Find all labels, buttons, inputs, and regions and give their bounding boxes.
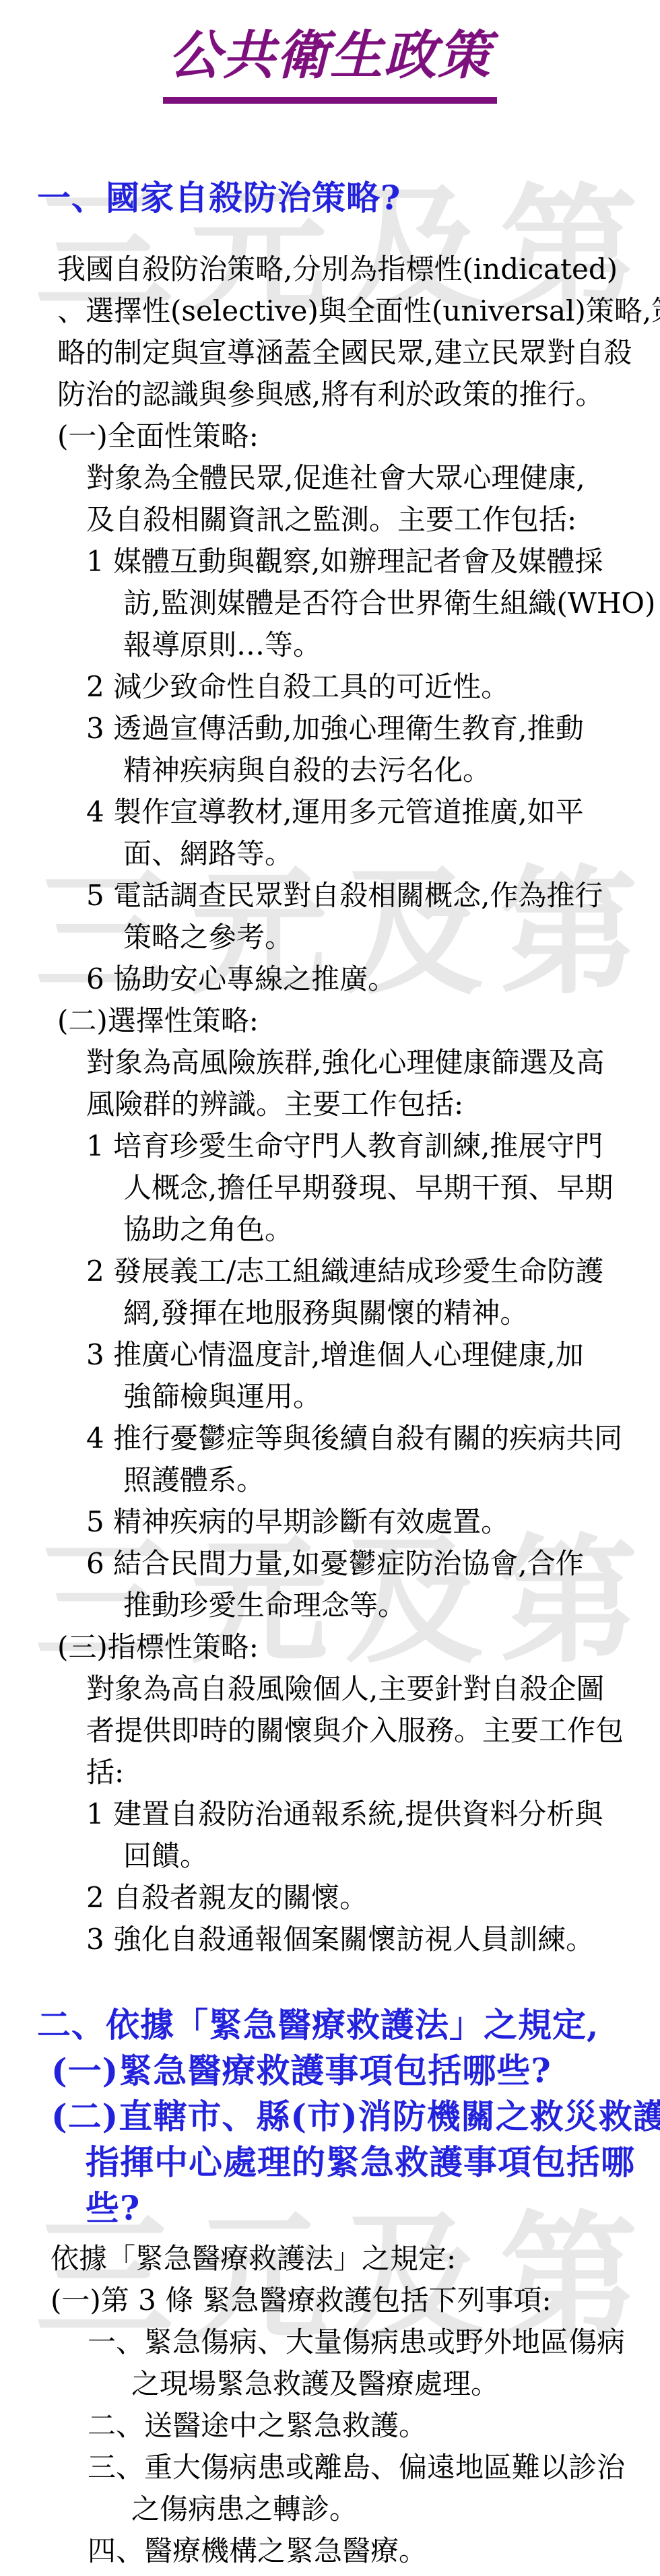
body-line: 照護體系。 — [0, 1459, 660, 1501]
body-line: 防治的認識與參與感,將有利於政策的推行。 — [0, 374, 660, 416]
document-content: 公共衛生政策 一、國家自殺防治策略? 我國自殺防治策略,分別為指標性(indic… — [0, 0, 660, 2572]
body-line: 2 發展義工/志工組織連結成珍愛生命防護 — [0, 1251, 660, 1292]
body-line: 之傷病患之轉診。 — [0, 2488, 660, 2530]
page-title: 公共衛生政策 — [163, 24, 497, 104]
body-line: 一、緊急傷病、大量傷病患或野外地區傷病 — [0, 2321, 660, 2363]
body-line: 1 培育珍愛生命守門人教育訓練,推展守門 — [0, 1125, 660, 1167]
body-line: (一)第 3 條 緊急醫療救護包括下列事項: — [0, 2280, 660, 2321]
section-2-heading: 二、依據「緊急醫療救護法」之規定,(一)緊急醫療救護事項包括哪些?(二)直轄市、… — [0, 2002, 660, 2231]
body-line: 者提供即時的關懷與介入服務。主要工作包 — [0, 1710, 660, 1752]
body-line: 1 媒體互動與觀察,如辦理記者會及媒體採 — [0, 541, 660, 583]
body-line: 6 協助安心專線之推廣。 — [0, 958, 660, 1000]
body-line: 對象為全體民眾,促進社會大眾心理健康, — [0, 457, 660, 499]
body-line: 4 推行憂鬱症等與後續自殺有關的疾病共同 — [0, 1418, 660, 1459]
body-line: 5 電話調查民眾對自殺相關概念,作為推行 — [0, 875, 660, 917]
title-block: 公共衛生政策 — [0, 0, 660, 104]
body-line: 面、網路等。 — [0, 833, 660, 875]
body-line: 回饋。 — [0, 1835, 660, 1877]
body-line: 5 精神疾病的早期診斷有效處置。 — [0, 1501, 660, 1543]
section-2-heading-line: (一)緊急醫療救護事項包括哪些? — [0, 2048, 660, 2094]
body-line: 6 結合民間力量,如憂鬱症防治協會,合作 — [0, 1543, 660, 1585]
body-line: 風險群的辨識。主要工作包括: — [0, 1084, 660, 1125]
body-line: 四、醫療機構之緊急醫療。 — [0, 2530, 660, 2572]
body-line: 網,發揮在地服務與關懷的精神。 — [0, 1292, 660, 1334]
body-line: 對象為高風險族群,強化心理健康篩選及高 — [0, 1042, 660, 1084]
section-2-heading-line: 些? — [0, 2185, 660, 2231]
body-line: 3 透過宣傳活動,加強心理衛生教育,推動 — [0, 708, 660, 750]
body-line: 3 推廣心情溫度計,增進個人心理健康,加 — [0, 1334, 660, 1376]
body-line: 對象為高自殺風險個人,主要針對自殺企圖 — [0, 1668, 660, 1710]
section-2-heading-line: 指揮中心處理的緊急救護事項包括哪 — [0, 2140, 660, 2185]
body-line: 略的制定與宣導涵蓋全國民眾,建立民眾對自殺 — [0, 332, 660, 374]
document-page: 三元及第 三元及第 三元及第 三元及第 公共衛生政策 一、國家自殺防治策略? 我… — [0, 0, 660, 2576]
body-line: 強篩檢與運用。 — [0, 1376, 660, 1418]
body-line: 之現場緊急救護及醫療處理。 — [0, 2363, 660, 2405]
body-line: (二)選擇性策略: — [0, 1000, 660, 1042]
section-2-body: 依據「緊急醫療救護法」之規定:(一)第 3 條 緊急醫療救護包括下列事項:一、緊… — [0, 2238, 660, 2572]
body-line: 人概念,擔任早期發現、早期干預、早期 — [0, 1167, 660, 1209]
body-line: 策略之參考。 — [0, 917, 660, 958]
body-line: 2 減少致命性自殺工具的可近性。 — [0, 666, 660, 708]
body-line: 、選擇性(selective)與全面性(universal)策略,策 — [0, 290, 660, 332]
body-line: 3 強化自殺通報個案關懷訪視人員訓練。 — [0, 1919, 660, 1960]
body-line: (一)全面性策略: — [0, 416, 660, 457]
body-line: 二、送醫途中之緊急救護。 — [0, 2405, 660, 2447]
body-line: 報導原則…等。 — [0, 624, 660, 666]
body-line: 訪,監測媒體是否符合世界衛生組織(WHO) — [0, 583, 660, 624]
body-line: 1 建置自殺防治通報系統,提供資料分析與 — [0, 1793, 660, 1835]
body-line: 我國自殺防治策略,分別為指標性(indicated) — [0, 249, 660, 290]
body-line: 協助之角色。 — [0, 1209, 660, 1251]
section-2-heading-line: (二)直轄市、縣(市)消防機關之救災救護 — [0, 2094, 660, 2140]
section-2-heading-line: 二、依據「緊急醫療救護法」之規定, — [0, 2002, 660, 2048]
section-1-heading: 一、國家自殺防治策略? — [37, 174, 660, 222]
body-line: 依據「緊急醫療救護法」之規定: — [0, 2238, 660, 2280]
body-line: 2 自殺者親友的關懷。 — [0, 1877, 660, 1919]
body-line: 4 製作宣導教材,運用多元管道推廣,如平 — [0, 791, 660, 833]
body-line: 及自殺相關資訊之監測。主要工作包括: — [0, 499, 660, 541]
body-line: 精神疾病與自殺的去污名化。 — [0, 750, 660, 791]
section-1-body: 我國自殺防治策略,分別為指標性(indicated)、選擇性(selective… — [0, 249, 660, 1960]
body-line: (三)指標性策略: — [0, 1626, 660, 1668]
body-line: 三、重大傷病患或離島、偏遠地區難以診治 — [0, 2447, 660, 2488]
body-line: 括: — [0, 1752, 660, 1793]
body-line: 推動珍愛生命理念等。 — [0, 1585, 660, 1626]
